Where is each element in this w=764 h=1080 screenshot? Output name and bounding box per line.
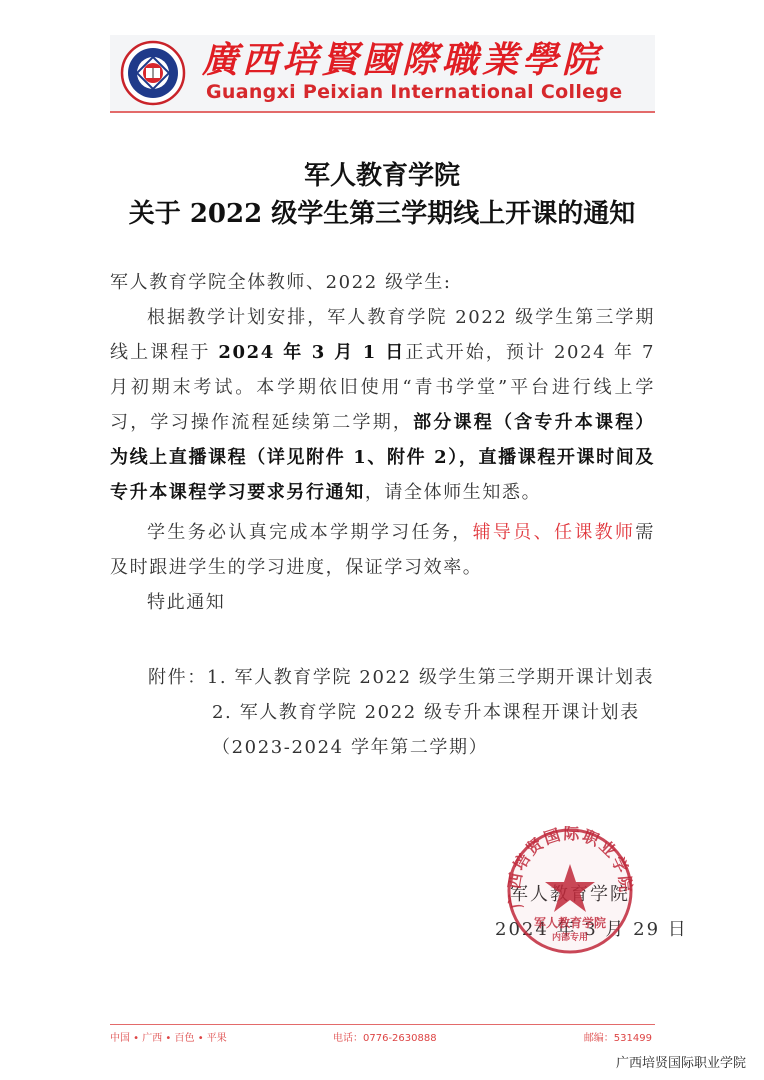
para2-text-1: 学生务必认真完成本学期学习任务， — [147, 522, 473, 543]
attachment-item-1: 1. 军人教育学院 2022 级学生第三学期开课计划表 — [207, 667, 654, 688]
header-divider — [110, 111, 655, 113]
document-title-line1: 军人教育学院 — [0, 155, 764, 192]
attachment-item-2: 2. 军人教育学院 2022 级专升本课程开课计划表 — [212, 695, 662, 730]
attachments-label: 附件： — [148, 667, 207, 688]
footer-divider — [110, 1024, 655, 1025]
svg-text:军人教育学院: 军人教育学院 — [534, 915, 607, 930]
college-name-cn: 廣西培賢國際職業學院 — [202, 40, 602, 80]
attachment-item-2-note: （2023-2024 学年第二学期） — [212, 730, 662, 765]
salutation: 军人教育学院全体教师、2022 级学生: — [110, 265, 655, 300]
paragraph-1: 根据教学计划安排，军人教育学院 2022 级学生第三学期线上课程于 2024 年… — [110, 300, 655, 510]
college-name-en: Guangxi Peixian International College — [206, 81, 622, 103]
para2-highlight: 辅导员、任课教师 — [473, 522, 636, 543]
document-title-line2: 关于 2022 级学生第三学期线上开课的通知 — [0, 193, 764, 230]
college-logo-icon — [120, 40, 186, 106]
footer-location: 中国 • 广西 • 百色 • 平果 — [110, 1029, 227, 1044]
letterhead-banner: 廣西培賢國際職業學院 Guangxi Peixian International… — [110, 35, 655, 111]
image-caption: 广西培贤国际职业学院 — [616, 1052, 746, 1071]
closing-remark: 特此通知 — [110, 585, 655, 620]
paragraph-2: 学生务必认真完成本学期学习任务，辅导员、任课教师需及时跟进学生的学习进度，保证学… — [110, 515, 655, 585]
svg-text:内部专用: 内部专用 — [552, 931, 588, 943]
official-seal-icon: 广西培贤国际职业学院 军人教育学院 内部专用 — [505, 826, 635, 956]
footer-postcode: 邮编：531499 — [584, 1029, 652, 1044]
attachments-block: 附件：1. 军人教育学院 2022 级学生第三学期开课计划表 — [148, 660, 658, 695]
para1-text-3: ，请全体师生知悉。 — [365, 482, 541, 503]
para1-start-date: 2024 年 3 月 1 日 — [218, 342, 405, 363]
footer-phone: 电话：0776-2630888 — [333, 1029, 437, 1044]
